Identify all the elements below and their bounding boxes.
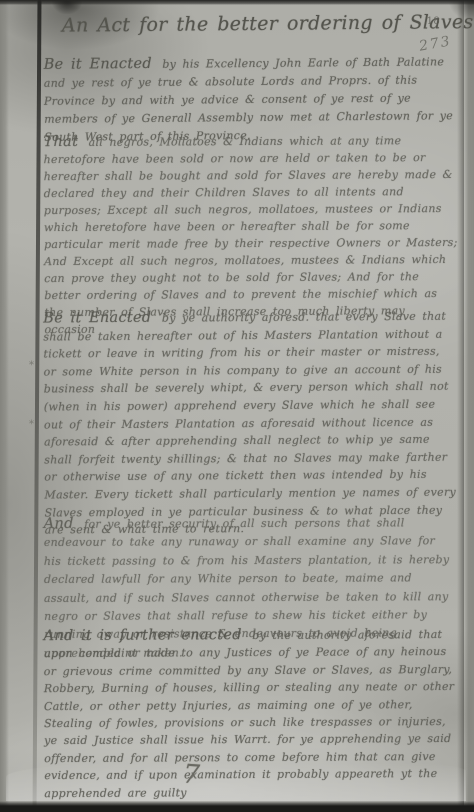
paragraph-opening: And <box>44 516 81 532</box>
paragraph-opening: Be it Enacted <box>43 310 159 327</box>
binding-fold-line <box>33 0 42 812</box>
margin-mark: * <box>29 419 41 430</box>
page-edge-bottom <box>0 801 474 812</box>
paragraph-justice-clause: And it is further enacted by the authori… <box>44 626 459 802</box>
paragraph-opening: That <box>43 134 85 150</box>
page-edge-right <box>464 0 474 812</box>
paragraph-text: by ye authority aforesd. that every Slav… <box>43 310 456 537</box>
paragraph-text: all negros, Mollatoes & Indians which at… <box>44 134 458 336</box>
paragraph-ticket-clause: Be it Enacted by ye authority aforesd. t… <box>43 308 459 540</box>
paragraph-opening: And it is further enacted <box>44 627 250 644</box>
paragraph-text: by the authority aforesaid that upon com… <box>44 628 455 800</box>
page-edge-top <box>0 0 474 5</box>
paragraph-opening: Be it Enacted <box>44 56 160 73</box>
manuscript-page: 18 273 An Act for the better ordering of… <box>0 0 474 812</box>
page-edge-left <box>0 0 9 812</box>
manuscript-scan: 18 273 An Act for the better ordering of… <box>0 0 474 812</box>
document-title: An Act for the better ordering of Slaves… <box>62 11 434 36</box>
margin-mark: * <box>29 360 41 371</box>
quire-mark: 7 <box>182 759 201 790</box>
